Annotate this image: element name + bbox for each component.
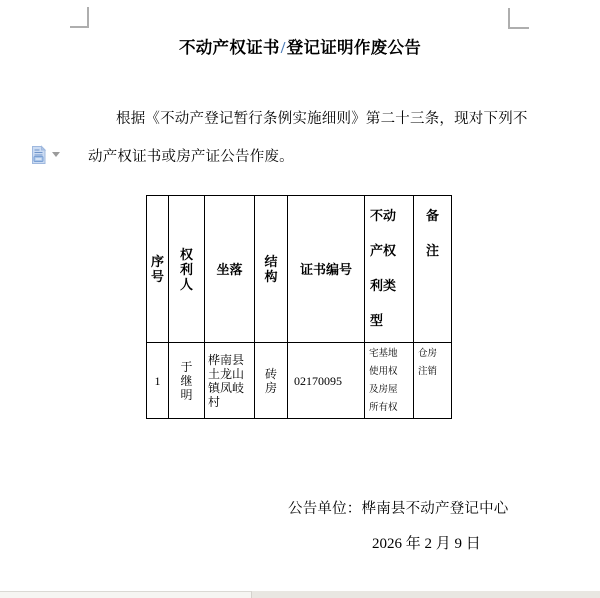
horizontal-scrollbar[interactable]	[0, 591, 600, 598]
cell-right-type: 宅基地 使用权 及房屋 所有权	[365, 343, 414, 419]
header-remarks: 备 注	[414, 196, 452, 343]
date-line: 2026 年 2 月 9 日	[372, 532, 481, 553]
body-paragraph-line-1: 根据《不动产登记暂行条例实施细则》第二十三条，现对下列不	[88, 100, 518, 138]
page-title: 不动产权证书/登记证明作废公告	[0, 34, 600, 58]
cell-remarks: 仓房 注销	[414, 343, 452, 419]
cell-certificate-number: 02170095	[288, 343, 365, 419]
header-serial-number: 序 号	[147, 196, 169, 343]
document-page: 不动产权证书/登记证明作废公告 根据《不动产登记暂行条例实施细则》第二十三条，现…	[0, 0, 600, 598]
cell-serial-number: 1	[147, 343, 169, 419]
text-boundary-mark-top-right	[508, 8, 529, 29]
horizontal-scrollbar-thumb[interactable]	[0, 591, 252, 598]
title-slash: /	[280, 38, 287, 57]
title-part2: 登记证明作废公告	[287, 38, 421, 57]
text-boundary-mark-top-left	[70, 7, 89, 28]
table-header-row: 序 号 权 利 人 坐落 结 构 证书编号 不动 产权 利类 型 备 注	[147, 196, 452, 343]
table-row: 1 于 继 明 桦南县 土龙山 镇凤岐 村 砖 房 02170095 宅基地 使…	[147, 343, 452, 419]
cell-structure: 砖 房	[255, 343, 288, 419]
cell-right-holder: 于 继 明	[169, 343, 205, 419]
cell-location: 桦南县 土龙山 镇凤岐 村	[205, 343, 255, 419]
issuer-line: 公告单位：桦南县不动产登记中心	[288, 497, 509, 518]
body-paragraph-line-2: 动产权证书或房产证公告作废。	[88, 138, 518, 176]
title-part1: 不动产权证书	[179, 38, 280, 57]
paste-options-button[interactable]	[31, 145, 63, 169]
body-paragraph: 根据《不动产登记暂行条例实施细则》第二十三条，现对下列不 动产权证书或房产证公告…	[88, 100, 518, 176]
header-right-holder: 权 利 人	[169, 196, 205, 343]
header-structure: 结 构	[255, 196, 288, 343]
chevron-down-icon	[52, 152, 60, 157]
header-certificate-number: 证书编号	[288, 196, 365, 343]
header-location: 坐落	[205, 196, 255, 343]
header-right-type: 不动 产权 利类 型	[365, 196, 414, 343]
invalidation-table: 序 号 权 利 人 坐落 结 构 证书编号 不动 产权 利类 型 备 注 1 于…	[146, 195, 452, 419]
